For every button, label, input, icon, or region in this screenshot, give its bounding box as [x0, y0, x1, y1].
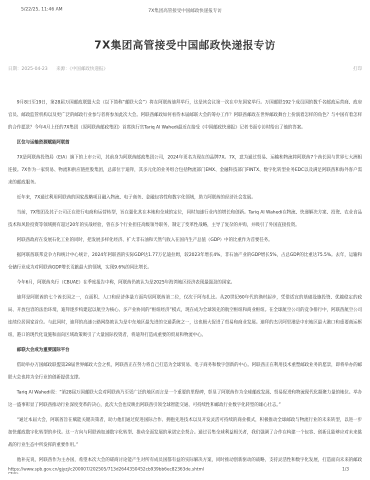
print-footer: https://www.spb.gov.cn/gjyzj/c200007/202…	[8, 465, 349, 473]
article-meta: 日期：2025-04-23 来源：《中国邮政快递报》 打印	[8, 65, 362, 72]
article-body: 9月8日至19日，第28届万国邮政联盟大会（以下简称“邮联大会”）将在阿联酋迪拜…	[8, 97, 362, 480]
article-date: 日期：2025-04-23	[8, 67, 48, 72]
article-meta-left: 日期：2025-04-23 来源：《中国邮政快递报》	[8, 65, 115, 72]
article-paragraph: 迪拜是阿联酋的七个酋长国之一，在面积、人口和经济体量方面均居阿联酋第二位，仅次于…	[8, 292, 362, 342]
section-heading: 区位与运输资源赋能阿联酋	[8, 137, 362, 150]
article-paragraph: 据阿联酋联邦竞争力和统计中心统计，2024年阿联酋的实际GDP达1.77万亿迪拉…	[8, 249, 362, 274]
print-preview-page: 7X集团高管接受中国邮政快递报专访 5/22/25, 11:46 AM 7X集团…	[0, 0, 370, 480]
article: 7X集团高管接受中国邮政快递报专访 日期：2025-04-23 来源：《中国邮政…	[8, 29, 362, 479]
print-header-timestamp: 5/22/25, 11:46 AM	[21, 7, 63, 12]
print-footer-url: https://www.spb.gov.cn/gjyzj/c200007/202…	[8, 467, 204, 472]
article-paragraph: Tariq Al Wahedi说：“第28届万国邮联大会对阿联酋乃至更广泛的地区…	[8, 387, 362, 412]
document-page: 7X集团高管接受中国邮政快递报专访 5/22/25, 11:46 AM 7X集团…	[0, 0, 370, 480]
article-paragraph: 阿联酋政府在发展石化工业的同时，把发展多样化经济、扩大非石油和天然气收入在国内生…	[8, 234, 362, 247]
print-header: 7X集团高管接受中国邮政快递报专访 5/22/25, 11:46 AM	[21, 7, 349, 14]
article-paragraph: 7X是阿联酋投资局（EIA）旗下的上市公司，其前身为阿联酋邮政集团公司，2024…	[8, 152, 362, 190]
print-button[interactable]: 打印	[353, 65, 362, 72]
article-paragraph: 近年来，7X通过利用阿联酋的国家战略项目融入物流、电子商务、金融包容性和数字化领…	[8, 192, 362, 205]
print-header-title: 7X集团高管接受中国邮政快递报专访	[21, 7, 349, 14]
article-paragraph: 当前，7X集团及其子公司正在进行电商和运营转型，旨在强化其在本地和全球的定位，同…	[8, 207, 362, 232]
page-number-indicator: 1/3	[342, 467, 349, 472]
article-paragraph: 借助举办万国邮政联盟第28届世界邮政大会之机，阿联酋正在努力将自己打造为全球贸易…	[8, 359, 362, 384]
article-title: 7X集团高管接受中国邮政快递报专访	[8, 29, 362, 52]
article-source: 来源：《中国邮政快递报》	[56, 67, 108, 72]
article-paragraph: 9月8日至19日，第28届万国邮政联盟大会（以下简称“邮联大会”）将在阿联酋迪拜…	[8, 97, 362, 135]
article-paragraph: 今年6月，阿联酋央行（CBUAE）在季度报告中称，阿联酋仍被认为是2025年海湾…	[8, 277, 362, 290]
section-heading: 邮联大会成为重要国际平台	[8, 344, 362, 357]
article-paragraph: “通过本届大会，阿联酋旨在赋能关键决策者，助力他们通过促进国际合作、拥抱先进技术…	[8, 414, 362, 452]
